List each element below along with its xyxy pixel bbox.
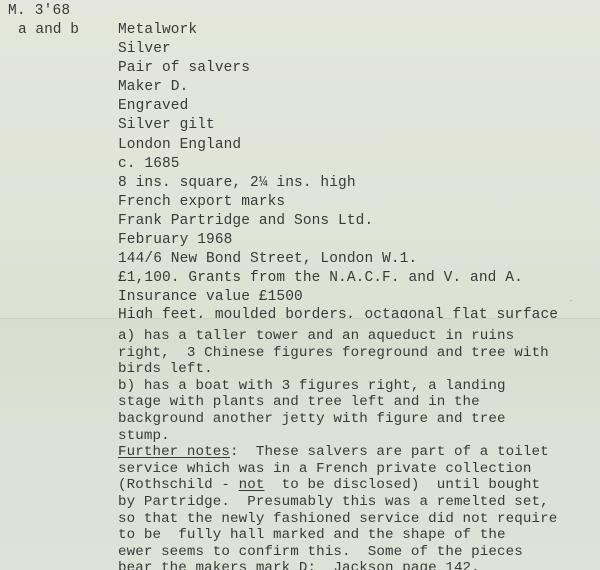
description-line: birds left. xyxy=(118,361,588,378)
object-parts: a and b xyxy=(18,21,79,40)
emphasis-not: not xyxy=(239,477,265,493)
further-notes-line: to be fully hall marked and the shape of… xyxy=(118,527,588,544)
further-notes-heading: Further notes xyxy=(118,444,230,460)
field-marks: French export marks xyxy=(118,193,558,212)
further-notes-line: Further notes: These salvers are part of… xyxy=(118,444,588,461)
field-material: Silver xyxy=(118,40,558,59)
field-vendor: Frank Partridge and Sons Ltd. xyxy=(118,212,558,231)
further-notes-line: service which was in a French private co… xyxy=(118,461,588,478)
description-line: stump. xyxy=(118,428,588,445)
field-date: c. 1685 xyxy=(118,155,558,174)
further-notes-text: (Rothschild - xyxy=(118,477,239,493)
description-line: background another jetty with figure and… xyxy=(118,411,588,428)
description-line: b) has a boat with 3 figures right, a la… xyxy=(118,378,588,395)
field-insurance-value: Insurance value £1500 xyxy=(118,288,558,307)
field-dimensions: 8 ins. square, 2¼ ins. high xyxy=(118,174,558,193)
field-finish: Silver gilt xyxy=(118,116,558,135)
further-notes-line: so that the newly fashioned service did … xyxy=(118,511,588,528)
further-notes-text: to be disclosed) until bought xyxy=(264,477,540,493)
further-notes-line: ewer seems to confirm this. Some of the … xyxy=(118,544,588,561)
catalogue-card-top: M. 3'68 a and b Metalwork Silver Pair of… xyxy=(0,0,600,318)
field-acquisition-date: February 1968 xyxy=(118,231,558,250)
further-notes-text: : These salvers are part of a toilet xyxy=(230,444,549,460)
field-place: London England xyxy=(118,136,558,155)
description-notes: a) has a taller tower and an aqueduct in… xyxy=(118,328,588,570)
field-technique: Engraved xyxy=(118,97,558,116)
field-vendor-address: 144/6 New Bond Street, London W.1. xyxy=(118,250,558,269)
record-fields: Metalwork Silver Pair of salvers Maker D… xyxy=(118,21,558,341)
further-notes-line: bear the makers mark D: Jackson page 142… xyxy=(118,560,588,570)
description-line: right, 3 Chinese figures foreground and … xyxy=(118,345,588,362)
field-price: £1,100. Grants from the N.A.C.F. and V. … xyxy=(118,269,558,288)
further-notes-line: by Partridge. Presumably this was a reme… xyxy=(118,494,588,511)
description-line: a) has a taller tower and an aqueduct in… xyxy=(118,328,588,345)
accession-number: M. 3'68 xyxy=(8,2,70,21)
description-line: stage with plants and tree left and in t… xyxy=(118,394,588,411)
field-object-name: Pair of salvers xyxy=(118,59,558,78)
field-maker: Maker D. xyxy=(118,78,558,97)
field-category: Metalwork xyxy=(118,21,558,40)
paper-speck xyxy=(570,300,572,301)
further-notes-line: (Rothschild - not to be disclosed) until… xyxy=(118,477,588,494)
